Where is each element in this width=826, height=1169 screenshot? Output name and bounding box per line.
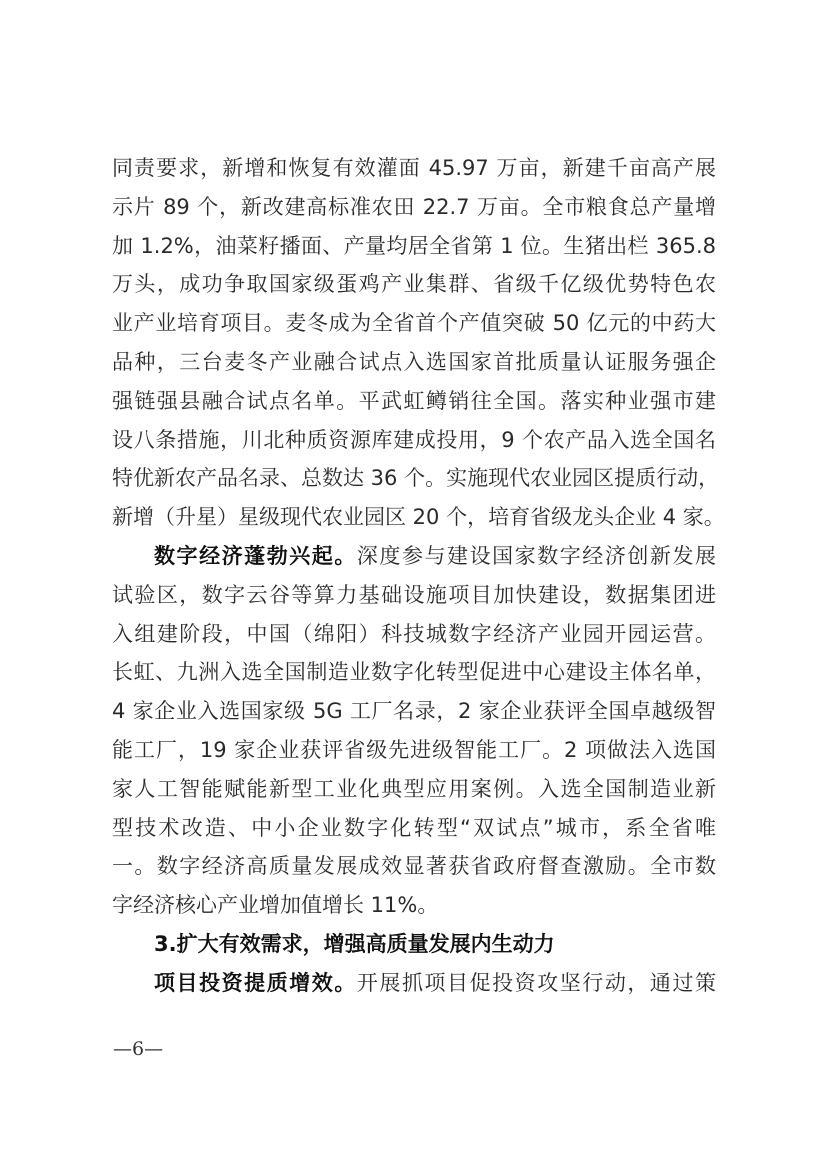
- inline-heading-digital-economy: 数字经济蓬勃兴起。: [154, 544, 357, 568]
- section-heading: 3.扩大有效需求，增强高质量发展内生动力: [112, 925, 716, 964]
- document-body: 同责要求，新增和恢复有效灌面 45.97 万亩，新建千亩高产展 示片 89 个，…: [112, 149, 716, 1003]
- paragraph-line: 强链强县融合试点名单。平武虹鳟销往全国。落实种业强市建: [112, 382, 716, 421]
- paragraph-line-with-heading: 数字经济蓬勃兴起。深度参与建设国家数字经济创新发展: [112, 537, 716, 576]
- paragraph-line-with-heading: 项目投资提质增效。开展抓项目促投资攻坚行动，通过策: [112, 964, 716, 1003]
- section-heading-text: 3.扩大有效需求，增强高质量发展内生动力: [154, 932, 555, 956]
- paragraph-line: 试验区，数字云谷等算力基础设施项目加快建设，数据集团进: [112, 576, 716, 615]
- paragraph-line: 家人工智能赋能新型工业化典型应用案例。入选全国制造业新: [112, 770, 716, 809]
- paragraph-line: 业产业培育项目。麦冬成为全省首个产值突破 50 亿元的中药大: [112, 304, 716, 343]
- paragraph-line: 4 家企业入选国家级 5G 工厂名录，2 家企业获评全国卓越级智: [112, 692, 716, 731]
- paragraph-line: 长虹、九洲入选全国制造业数字化转型促进中心建设主体名单，: [112, 653, 716, 692]
- paragraph-text: 开展抓项目促投资攻坚行动，通过策: [357, 971, 716, 995]
- paragraph-line: 一。数字经济高质量发展成效显著获省政府督查激励。全市数: [112, 847, 716, 886]
- page-number: —6—: [113, 1038, 163, 1060]
- paragraph-line: 加 1.2%，油菜籽播面、产量均居全省第 1 位。生猪出栏 365.8: [112, 227, 716, 266]
- paragraph-line: 型技术改造、中小企业数字化转型“双试点”城市，系全省唯: [112, 809, 716, 848]
- paragraph-line: 示片 89 个，新改建高标准农田 22.7 万亩。全市粮食总产量增: [112, 188, 716, 227]
- paragraph-line: 同责要求，新增和恢复有效灌面 45.97 万亩，新建千亩高产展: [112, 149, 716, 188]
- paragraph-line: 设八条措施，川北种质资源库建成投用，9 个农产品入选全国名: [112, 421, 716, 460]
- paragraph-line: 能工厂，19 家企业获评省级先进级智能工厂。2 项做法入选国: [112, 731, 716, 770]
- paragraph-line: 品种，三台麦冬产业融合试点入选国家首批质量认证服务强企: [112, 343, 716, 382]
- paragraph-line: 入组建阶段，中国（绵阳）科技城数字经济产业园开园运营。: [112, 615, 716, 654]
- paragraph-line: 字经济核心产业增加值增长 11%。: [112, 886, 716, 925]
- paragraph-line: 万头，成功争取国家级蛋鸡产业集群、省级千亿级优势特色农: [112, 265, 716, 304]
- inline-heading-project-investment: 项目投资提质增效。: [154, 971, 357, 995]
- paragraph-line: 新增（升星）星级现代农业园区 20 个，培育省级龙头企业 4 家。: [112, 498, 716, 537]
- paragraph-line: 特优新农产品名录、总数达 36 个。实施现代农业园区提质行动，: [112, 459, 716, 498]
- paragraph-text: 深度参与建设国家数字经济创新发展: [357, 544, 716, 568]
